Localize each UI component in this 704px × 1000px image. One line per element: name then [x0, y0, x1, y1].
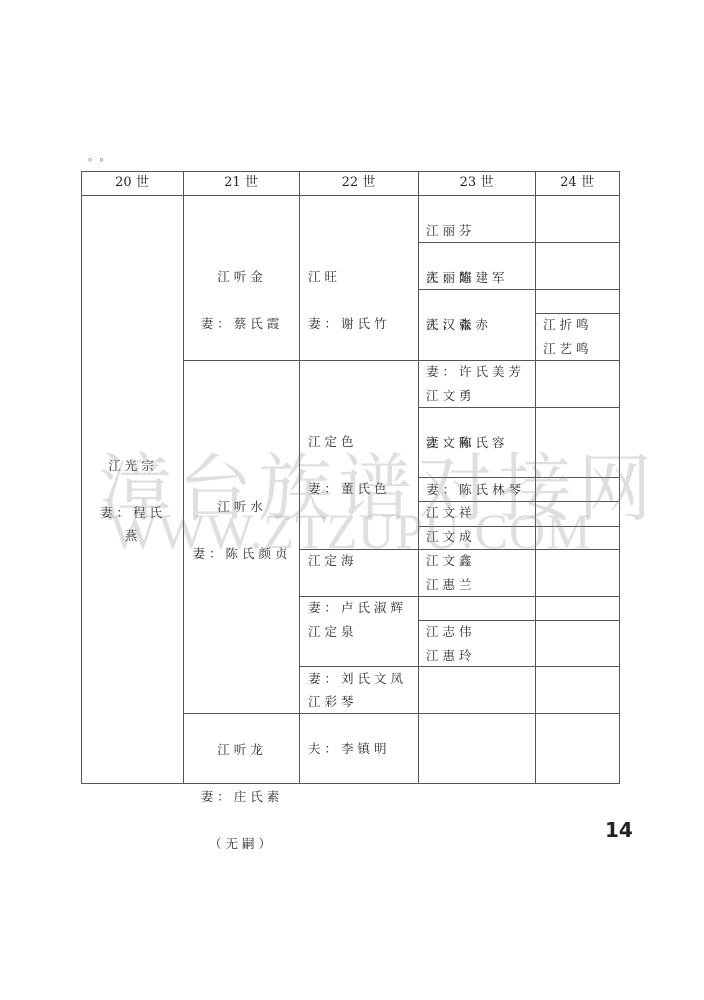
header-gen-23: 23 世	[418, 171, 535, 195]
person-name: 江惠兰	[426, 573, 534, 597]
person-gen21: 江听龙 妻：庄氏素 （无嗣）	[185, 714, 299, 879]
header-gen-20: 20 世	[81, 171, 183, 195]
person-spouse: 妻：陈氏颜贞	[189, 542, 295, 566]
table-border-left	[81, 171, 82, 784]
header-gen-21: 21 世	[183, 171, 299, 195]
person-spouse: 妻：程氏燕	[93, 501, 173, 548]
person-name: 江定海	[308, 549, 416, 573]
person-name: 江定色	[308, 430, 416, 454]
person-note: （无嗣）	[185, 832, 299, 856]
person-name: 江文和	[426, 431, 534, 455]
person-gen23: 江惠玲	[426, 620, 534, 691]
person-name: 江定泉	[308, 620, 416, 644]
header-gen-24: 24 世	[535, 171, 619, 195]
scan-marks: 。。	[88, 148, 117, 164]
person-spouse: 妻：蔡氏霞	[185, 312, 299, 336]
col-divider	[183, 171, 184, 784]
person-name: 江听金	[185, 265, 299, 289]
header-gen-22: 22 世	[299, 171, 418, 195]
person-spouse: 妻：谢氏竹	[308, 312, 416, 336]
person-spouse: 夫：李镇明	[308, 737, 416, 761]
table-border-right	[619, 171, 620, 784]
person-gen21: 江听水 妻：陈氏颜贞	[185, 471, 299, 589]
person-name: 江丽芬	[426, 219, 534, 243]
person-name: 江丽娟	[426, 266, 534, 290]
person-gen22: 江旺 妻：谢氏竹	[308, 241, 416, 359]
person-gen24: 江艺鸣	[543, 313, 619, 384]
genealogy-table: 20 世 21 世 22 世 23 世 24 世 江光宗 妻：程氏燕 江听金 妻…	[81, 171, 620, 784]
person-name: 江艺鸣	[543, 337, 619, 361]
person-name: 江汉森	[426, 313, 534, 337]
person-gen22: 江定色 妻：董氏色	[308, 406, 416, 524]
person-spouse: 妻：庄氏素	[185, 785, 299, 809]
person-name: 江听水	[185, 495, 299, 519]
person-name: 江彩琴	[308, 690, 416, 714]
person-spouse: 妻：董氏色	[308, 477, 416, 501]
person-name: 江旺	[308, 265, 416, 289]
person-name: 江文勇	[426, 384, 534, 408]
person-gen21: 江听金 妻：蔡氏霞	[185, 241, 299, 359]
person-name: 江听龙	[185, 738, 299, 762]
header-divider	[81, 195, 620, 196]
person-name: 江惠玲	[426, 644, 534, 668]
person-name: 江光宗	[85, 454, 181, 478]
person-gen22: 江彩琴 夫：李镇明	[308, 666, 416, 784]
page-number: 14	[605, 818, 633, 842]
col-divider	[299, 171, 300, 784]
person-gen20: 江光宗 妻：程氏燕	[85, 430, 181, 571]
